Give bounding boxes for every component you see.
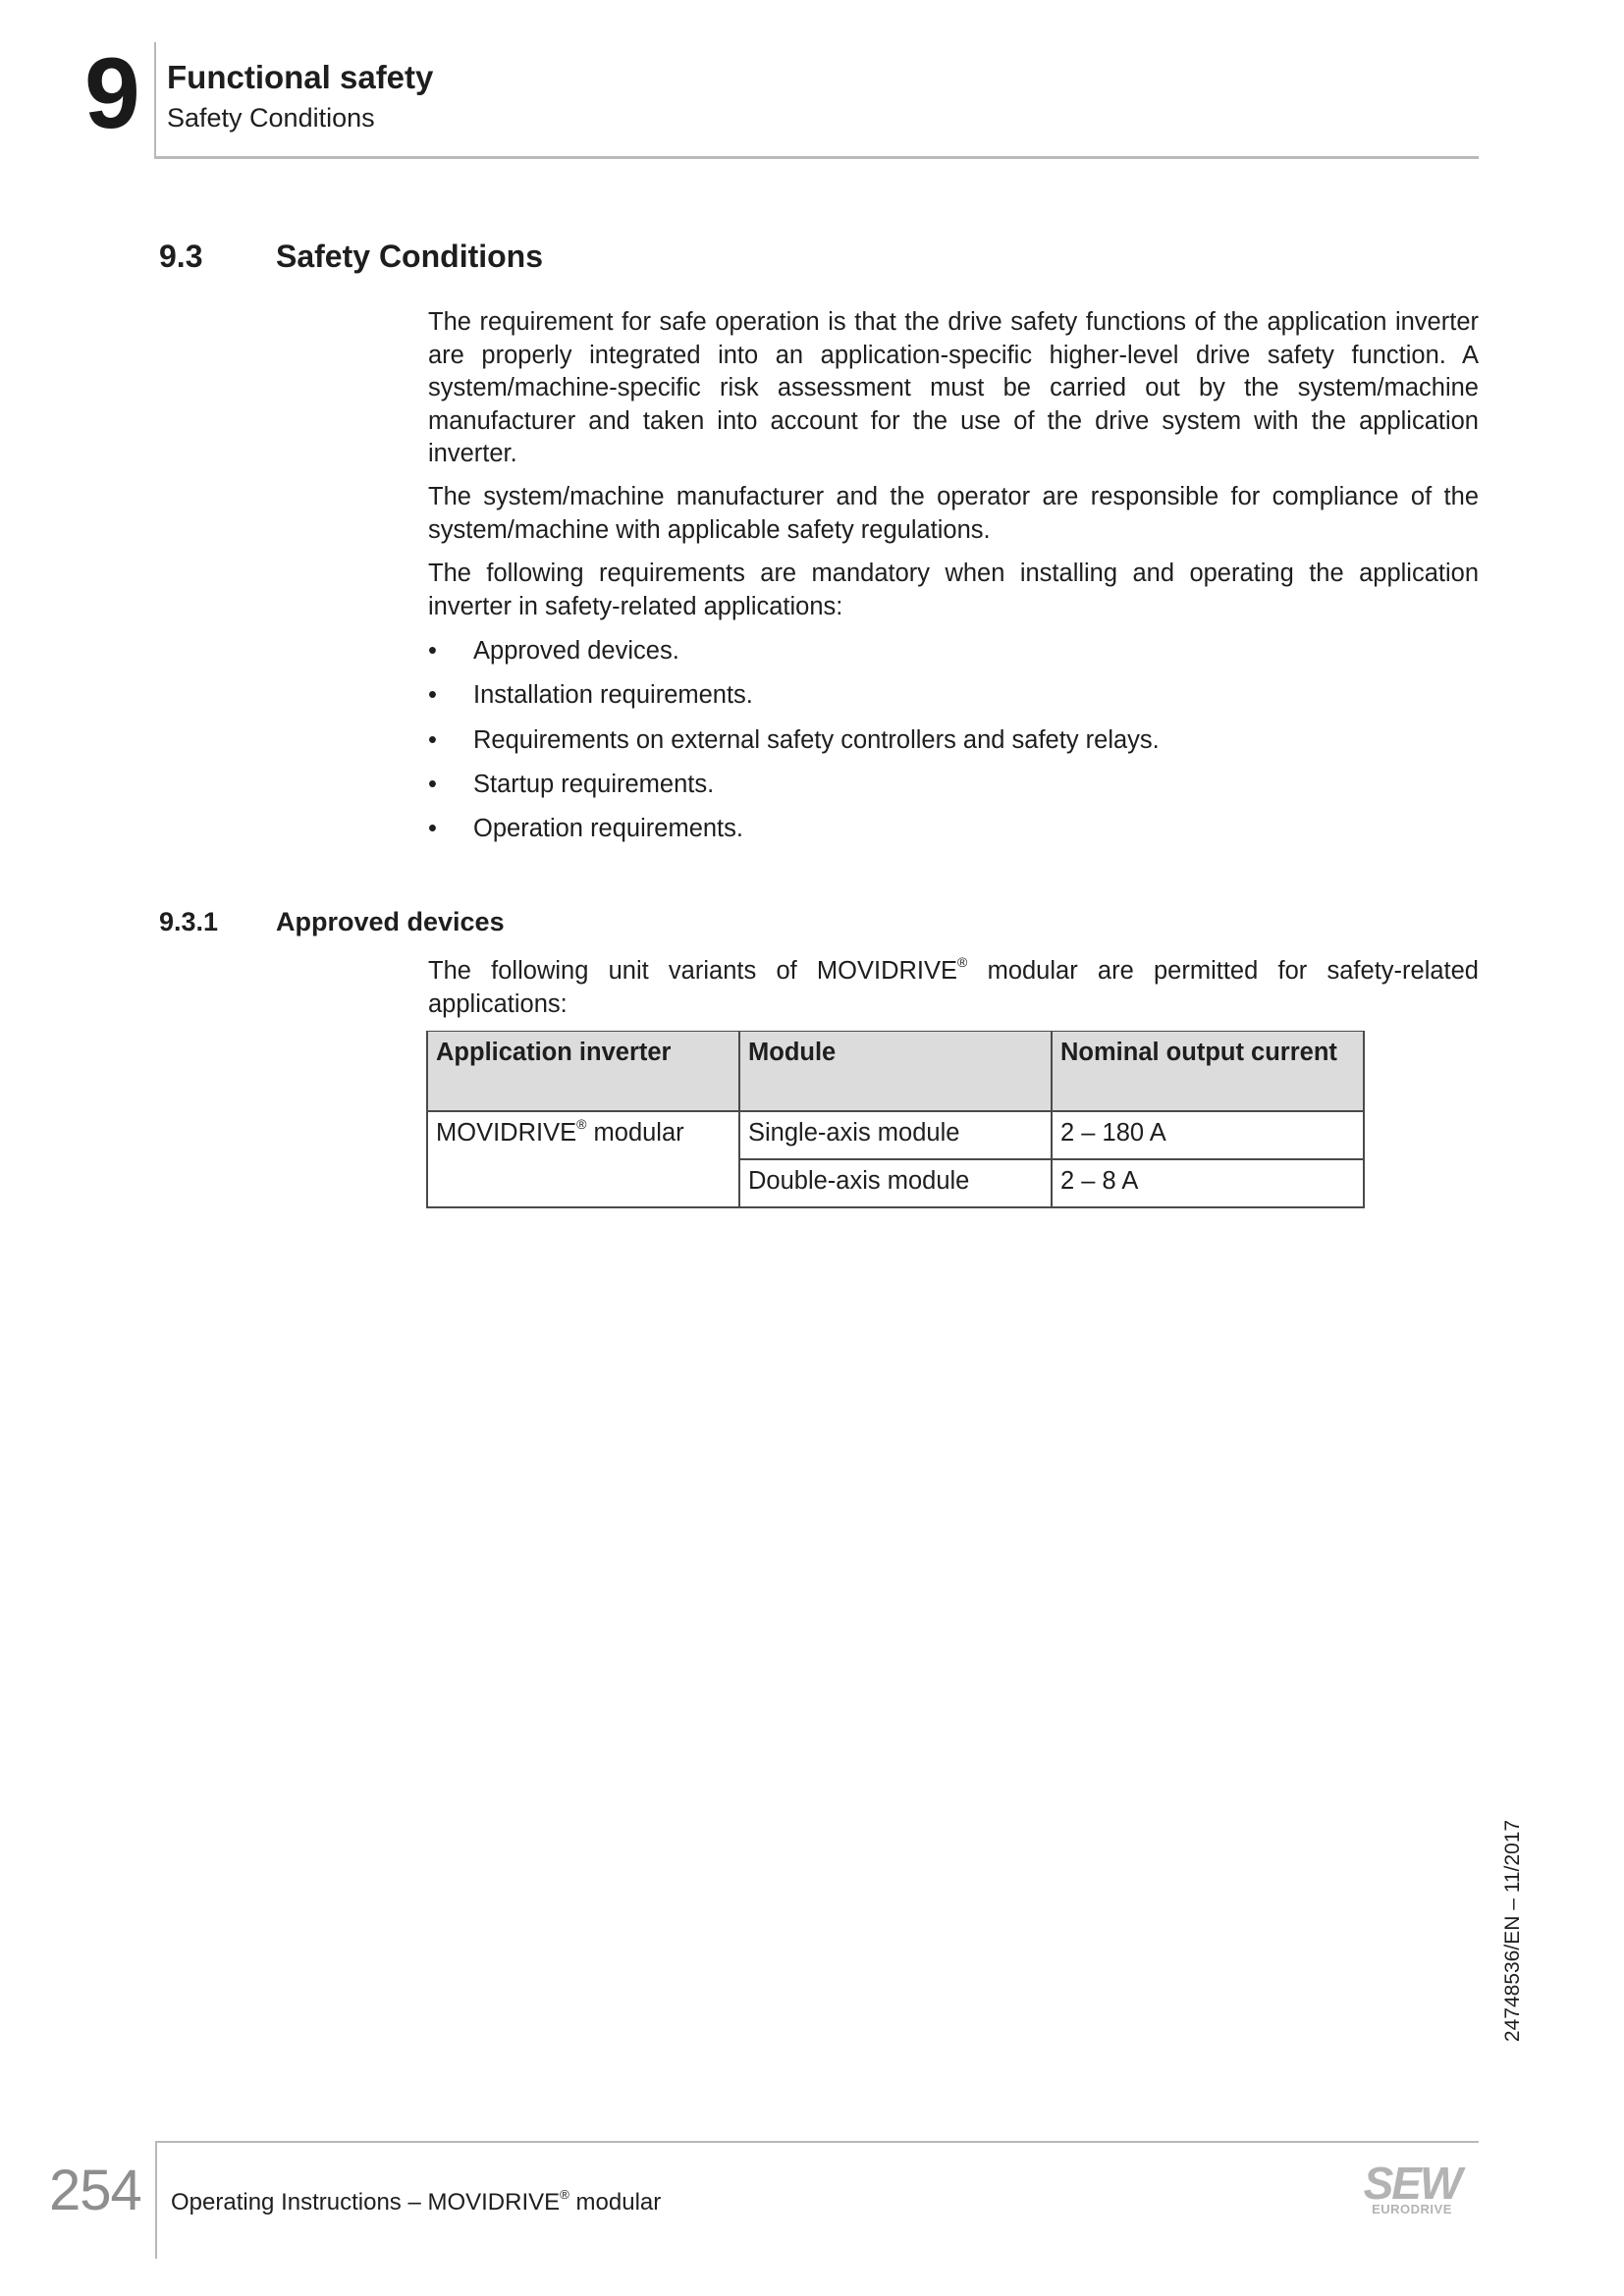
subsection-number: 9.3.1 xyxy=(159,909,218,935)
paragraph: The following unit variants of MOVIDRIVE… xyxy=(428,955,1479,1021)
column-header: Application inverter xyxy=(427,1032,739,1112)
section-title: Safety Conditions xyxy=(276,240,543,272)
column-header: Module xyxy=(739,1032,1052,1112)
list-item-text: Requirements on external safety controll… xyxy=(473,726,1160,754)
table-cell-current: 2 – 180 A xyxy=(1052,1111,1364,1159)
footer-divider-vertical xyxy=(155,2141,157,2259)
list-item: •Installation requirements. xyxy=(428,679,1479,713)
column-header: Nominal output cur­rent xyxy=(1052,1032,1364,1112)
footer-text: Operating Instructions – MOVIDRIVE xyxy=(171,2189,560,2216)
list-item-text: Operation requirements. xyxy=(473,815,743,842)
paragraph: The following requirements are mandatory… xyxy=(428,558,1479,623)
table-cell-module: Single-axis module xyxy=(739,1111,1052,1159)
list-item-text: Startup requirements. xyxy=(473,771,714,798)
intro-text: The following unit variants of MOVIDRIVE xyxy=(428,957,957,985)
list-item-text: Approved devices. xyxy=(473,637,679,665)
page-number: 254 xyxy=(49,2163,141,2219)
inverter-name: MOVIDRIVE xyxy=(436,1119,576,1147)
footer-divider-horizontal xyxy=(155,2141,1479,2143)
subsection-title: Approved devices xyxy=(276,909,505,935)
table-row: MOVIDRIVE® modular Single-axis module 2 … xyxy=(427,1111,1364,1159)
chapter-title: Functional safety xyxy=(167,60,433,95)
sew-eurodrive-logo: SEW EURODRIVE xyxy=(1353,2163,1471,2216)
bullet-icon: • xyxy=(428,813,437,846)
bullet-icon: • xyxy=(428,679,437,713)
subsection-intro: The following unit variants of MOVIDRIVE… xyxy=(428,955,1479,1032)
section-body: The requirement for safe operation is th… xyxy=(428,306,1479,857)
list-item: •Operation requirements. xyxy=(428,813,1479,846)
chapter-number: 9 xyxy=(84,43,138,143)
list-item: •Approved devices. xyxy=(428,635,1479,668)
requirements-list: •Approved devices. •Installation require… xyxy=(428,635,1479,845)
registered-mark: ® xyxy=(576,1116,586,1132)
footer-title: Operating Instructions – MOVIDRIVE® modu… xyxy=(171,2191,661,2215)
bullet-icon: • xyxy=(428,769,437,802)
footer-text: modular xyxy=(569,2189,661,2216)
section-number: 9.3 xyxy=(159,240,202,272)
paragraph: The system/machine manufacturer and the … xyxy=(428,481,1479,547)
list-item: •Startup requirements. xyxy=(428,769,1479,802)
approved-devices-table: Application inverter Module Nominal outp… xyxy=(426,1031,1365,1208)
table-header-row: Application inverter Module Nominal outp… xyxy=(427,1032,1364,1112)
header-divider-vertical xyxy=(154,42,156,158)
document-id: 24748536/EN – 11/2017 xyxy=(1501,1820,1525,2042)
list-item: •Requirements on external safety control… xyxy=(428,724,1479,758)
paragraph: The requirement for safe operation is th… xyxy=(428,306,1479,471)
registered-mark: ® xyxy=(957,954,967,970)
table-cell-module: Double-axis module xyxy=(739,1159,1052,1207)
inverter-suffix: modular xyxy=(586,1119,683,1147)
bullet-icon: • xyxy=(428,724,437,758)
table-cell-inverter: MOVIDRIVE® modular xyxy=(427,1111,739,1207)
header-divider-horizontal xyxy=(154,156,1479,159)
table-cell-current: 2 – 8 A xyxy=(1052,1159,1364,1207)
bullet-icon: • xyxy=(428,635,437,668)
registered-mark: ® xyxy=(560,2187,569,2202)
logo-main-text: SEW xyxy=(1353,2163,1471,2203)
list-item-text: Installation requirements. xyxy=(473,681,753,709)
chapter-subtitle: Safety Conditions xyxy=(167,104,375,133)
